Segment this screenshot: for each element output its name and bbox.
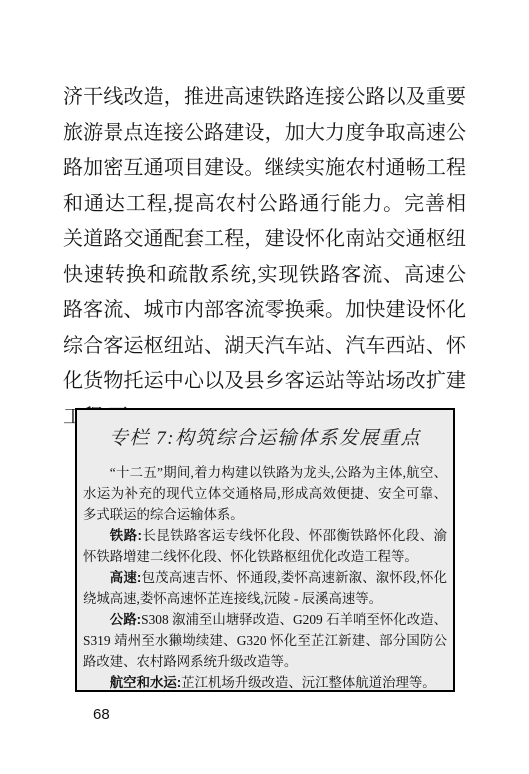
callout-box-body: “十二五”期间,着力构建以铁路为龙头,公路为主体,航空、水运为补充的现代立体交通… — [83, 462, 447, 692]
box-paragraph-railway: 铁路:长昆铁路客运专线怀化段、怀邵衡铁路怀化段、渝怀铁路增建二线怀化段、怀化铁路… — [83, 525, 447, 567]
box-paragraph-aviation-water: 航空和水运:芷江机场升级改造、沅江整体航道治理等。 — [83, 672, 447, 692]
document-page: 济干线改造，推进高速铁路连接公路以及重要旅游景点连接公路建设，加大力度争取高速公… — [0, 0, 529, 774]
callout-box-title: 专栏 7:构筑综合运输体系发展重点 — [83, 423, 447, 450]
box-paragraph-expressway: 高速:包茂高速吉怀、怀通段,娄怀高速新溆、溆怀段,怀化绕城高速,娄怀高速怀芷连接… — [83, 567, 447, 609]
box-paragraph-lead: 航空和水运: — [110, 675, 181, 690]
body-paragraph: 济干线改造，推进高速铁路连接公路以及重要旅游景点连接公路建设，加大力度争取高速公… — [63, 80, 466, 435]
box-paragraph-highway: 公路:S308 溆浦至山塘驿改造、G209 石羊哨至怀化改造、S319 靖州至水… — [83, 609, 447, 672]
box-paragraph-lead: 铁路: — [110, 528, 142, 543]
page-number: 68 — [93, 706, 110, 723]
box-paragraph-text: 芷江机场升级改造、沅江整体航道治理等。 — [181, 675, 435, 690]
box-paragraph-overview: “十二五”期间,着力构建以铁路为龙头,公路为主体,航空、水运为补充的现代立体交通… — [83, 462, 447, 525]
callout-box: 专栏 7:构筑综合运输体系发展重点 “十二五”期间,着力构建以铁路为龙头,公路为… — [75, 408, 455, 692]
box-paragraph-text: “十二五”期间,着力构建以铁路为龙头,公路为主体,航空、水运为补充的现代立体交通… — [83, 465, 447, 522]
box-paragraph-lead: 高速: — [110, 570, 142, 585]
box-paragraph-lead: 公路: — [110, 612, 141, 627]
